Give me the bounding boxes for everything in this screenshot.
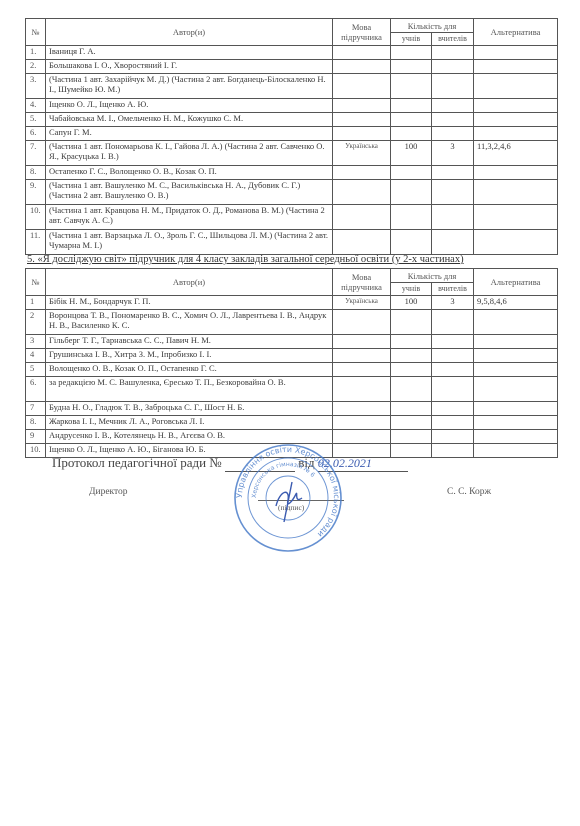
row-alternative: 11,3,2,4,6 (474, 141, 558, 166)
row-alternative (474, 60, 558, 74)
header-alt: Альтернатива (474, 269, 558, 296)
row-students-count (391, 113, 432, 127)
row-number: 10. (26, 444, 46, 458)
row-alternative (474, 230, 558, 255)
row-students-count (391, 230, 432, 255)
row-number: 3 (26, 335, 46, 349)
row-author: (Частина 1 авт. Вашуленко М. С., Васильк… (46, 180, 333, 205)
row-teachers-count (432, 363, 474, 377)
row-teachers-count (432, 430, 474, 444)
row-alternative (474, 402, 558, 416)
row-alternative (474, 74, 558, 99)
row-number: 11. (26, 230, 46, 255)
row-author: Будна Н. О., Гладюк Т. В., Заброцька С. … (46, 402, 333, 416)
row-alternative (474, 205, 558, 230)
row-students-count (391, 127, 432, 141)
row-language (333, 205, 391, 230)
table-row: 7Будна Н. О., Гладюк Т. В., Заброцька С.… (26, 402, 558, 416)
row-language (333, 74, 391, 99)
row-teachers-count: 3 (432, 141, 474, 166)
row-teachers-count (432, 74, 474, 99)
row-students-count (391, 310, 432, 335)
row-alternative (474, 377, 558, 402)
row-number: 5. (26, 113, 46, 127)
row-teachers-count (432, 444, 474, 458)
row-author: Бібік Н. М., Бондарчук Г. П. (46, 296, 333, 310)
row-alternative (474, 127, 558, 141)
row-students-count (391, 99, 432, 113)
row-number: 2 (26, 310, 46, 335)
row-teachers-count (432, 335, 474, 349)
row-author: Сапун Г. М. (46, 127, 333, 141)
row-number: 8. (26, 166, 46, 180)
row-author: Жаркова І. І., Мечник Л. А., Роговська Л… (46, 416, 333, 430)
row-author: Большакова І. О., Хворостяний І. Г. (46, 60, 333, 74)
row-alternative (474, 310, 558, 335)
row-teachers-count (432, 166, 474, 180)
row-teachers-count (432, 205, 474, 230)
row-alternative (474, 180, 558, 205)
row-number: 9 (26, 430, 46, 444)
row-language (333, 166, 391, 180)
row-alternative (474, 416, 558, 430)
row-number: 10. (26, 205, 46, 230)
protocol-line: Протокол педагогічної ради № від 02.02.2… (52, 455, 408, 472)
table1-body: 1.Іваниця Г. А.2.Большакова І. О., Хворо… (26, 46, 558, 255)
row-number: 9. (26, 180, 46, 205)
table-row: 11.(Частина 1 авт. Варзацька Л. О., Зрол… (26, 230, 558, 255)
row-author: (Частина 1 авт. Кравцова Н. М., Придаток… (46, 205, 333, 230)
row-author: за редакцією М. С. Вашуленка, Єресько Т.… (46, 377, 333, 402)
row-language (333, 46, 391, 60)
header-teachers: вчителів (432, 283, 474, 296)
row-number: 1. (26, 46, 46, 60)
row-students-count (391, 74, 432, 99)
protocol-label: Протокол педагогічної ради № (52, 455, 222, 470)
row-students-count (391, 60, 432, 74)
row-teachers-count (432, 402, 474, 416)
row-number: 8. (26, 416, 46, 430)
table-row: 10.(Частина 1 авт. Кравцова Н. М., Прида… (26, 205, 558, 230)
header-students: учнів (391, 283, 432, 296)
row-teachers-count (432, 99, 474, 113)
row-alternative (474, 444, 558, 458)
section-5-caption: 5. «Я досліджую світ» підручник для 4 кл… (27, 254, 464, 265)
row-author: Чабайовська М. І., Омельченко Н. М., Кож… (46, 113, 333, 127)
header-num: № (26, 19, 46, 46)
row-language (333, 349, 391, 363)
row-language (333, 230, 391, 255)
row-language (333, 60, 391, 74)
stamp-outer-text: Управління освіти Херсонської міської ра… (235, 445, 341, 539)
table-row: 3Гільберг Т. Г., Тарнавська С. С., Павич… (26, 335, 558, 349)
row-number: 4. (26, 99, 46, 113)
table-row: 1Бібік Н. М., Бондарчук Г. П.Українська1… (26, 296, 558, 310)
svg-text:Управління освіти Херсонської: Управління освіти Херсонської міської ра… (235, 445, 341, 539)
row-number: 6. (26, 127, 46, 141)
textbook-authors-table-1: № Автор(и) Мова підручника Кількість для… (25, 18, 558, 255)
row-students-count: 100 (391, 141, 432, 166)
row-alternative (474, 113, 558, 127)
row-number: 7. (26, 141, 46, 166)
row-language (333, 363, 391, 377)
row-author: Іщенко О. Л., Іщенко А. Ю. (46, 99, 333, 113)
row-author: (Частина 1 авт. Захарійчук М. Д.) (Части… (46, 74, 333, 99)
row-alternative: 9,5,8,4,6 (474, 296, 558, 310)
row-alternative (474, 335, 558, 349)
row-students-count (391, 363, 432, 377)
table-row: 2.Большакова І. О., Хворостяний І. Г. (26, 60, 558, 74)
row-students-count (391, 416, 432, 430)
row-teachers-count (432, 113, 474, 127)
row-language (333, 377, 391, 402)
header-alt: Альтернатива (474, 19, 558, 46)
official-stamp-icon: Управління освіти Херсонської міської ра… (232, 442, 344, 554)
row-students-count (391, 377, 432, 402)
director-name: С. С. Корж (447, 487, 491, 497)
row-teachers-count: 3 (432, 296, 474, 310)
row-students-count (391, 402, 432, 416)
table-row: 9.(Частина 1 авт. Вашуленко М. С., Васил… (26, 180, 558, 205)
row-alternative (474, 99, 558, 113)
row-students-count (391, 205, 432, 230)
row-number: 3. (26, 74, 46, 99)
row-students-count (391, 180, 432, 205)
row-students-count (391, 430, 432, 444)
row-author: (Частина 1 авт. Варзацька Л. О., Зроль Г… (46, 230, 333, 255)
row-author: Воронцова Т. В., Пономаренко В. С., Хоми… (46, 310, 333, 335)
header-students: учнів (391, 33, 432, 46)
row-language (333, 402, 391, 416)
row-teachers-count (432, 180, 474, 205)
row-number: 6. (26, 377, 46, 402)
row-alternative (474, 349, 558, 363)
row-number: 7 (26, 402, 46, 416)
table-row: 6.за редакцією М. С. Вашуленка, Єресько … (26, 377, 558, 402)
row-number: 1 (26, 296, 46, 310)
table-row: 8.Остапенко Г. С., Волощенко О. В., Коза… (26, 166, 558, 180)
header-lang: Мова підручника (333, 19, 391, 46)
row-teachers-count (432, 416, 474, 430)
table-row: 7.(Частина 1 авт. Пономарьова К. І., Гай… (26, 141, 558, 166)
row-teachers-count (432, 46, 474, 60)
row-language: Українська (333, 296, 391, 310)
row-students-count (391, 166, 432, 180)
row-teachers-count (432, 60, 474, 74)
row-language (333, 416, 391, 430)
row-language (333, 335, 391, 349)
row-author: Остапенко Г. С., Волощенко О. В., Козак … (46, 166, 333, 180)
table-row: 4Грушинська І. В., Хитра З. М., Іпробизк… (26, 349, 558, 363)
header-num: № (26, 269, 46, 296)
table2-body: 1Бібік Н. М., Бондарчук Г. П.Українська1… (26, 296, 558, 458)
row-author: Гільберг Т. Г., Тарнавська С. С., Павич … (46, 335, 333, 349)
row-students-count: 100 (391, 296, 432, 310)
header-author: Автор(и) (46, 19, 333, 46)
row-teachers-count (432, 127, 474, 141)
row-teachers-count (432, 349, 474, 363)
header-count: Кількість для (391, 19, 474, 33)
row-teachers-count (432, 310, 474, 335)
header-count: Кількість для (391, 269, 474, 283)
director-label: Директор (89, 487, 128, 497)
row-alternative (474, 46, 558, 60)
table-row: 1.Іваниця Г. А. (26, 46, 558, 60)
row-alternative (474, 166, 558, 180)
row-students-count (391, 46, 432, 60)
header-lang: Мова підручника (333, 269, 391, 296)
row-students-count (391, 349, 432, 363)
row-author: (Частина 1 авт. Пономарьова К. І., Гайов… (46, 141, 333, 166)
row-students-count (391, 335, 432, 349)
table-row: 2Воронцова Т. В., Пономаренко В. С., Хом… (26, 310, 558, 335)
row-language: Українська (333, 141, 391, 166)
row-author: Волощенко О. В., Козак О. П., Остапенко … (46, 363, 333, 377)
row-language (333, 113, 391, 127)
row-number: 2. (26, 60, 46, 74)
row-author: Іваниця Г. А. (46, 46, 333, 60)
row-teachers-count (432, 230, 474, 255)
table-row: 3.(Частина 1 авт. Захарійчук М. Д.) (Час… (26, 74, 558, 99)
table-row: 8.Жаркова І. І., Мечник Л. А., Роговська… (26, 416, 558, 430)
row-language (333, 99, 391, 113)
row-number: 4 (26, 349, 46, 363)
header-author: Автор(и) (46, 269, 333, 296)
row-teachers-count (432, 377, 474, 402)
table-row: 5.Чабайовська М. І., Омельченко Н. М., К… (26, 113, 558, 127)
table-row: 6.Сапун Г. М. (26, 127, 558, 141)
row-alternative (474, 430, 558, 444)
textbook-authors-table-2: № Автор(и) Мова підручника Кількість для… (25, 268, 558, 458)
row-language (333, 180, 391, 205)
row-alternative (474, 363, 558, 377)
row-author: Грушинська І. В., Хитра З. М., Іпробизко… (46, 349, 333, 363)
table-row: 5Волощенко О. В., Козак О. П., Остапенко… (26, 363, 558, 377)
row-language (333, 127, 391, 141)
row-number: 5 (26, 363, 46, 377)
header-teachers: вчителів (432, 33, 474, 46)
row-language (333, 310, 391, 335)
table-row: 4.Іщенко О. Л., Іщенко А. Ю. (26, 99, 558, 113)
